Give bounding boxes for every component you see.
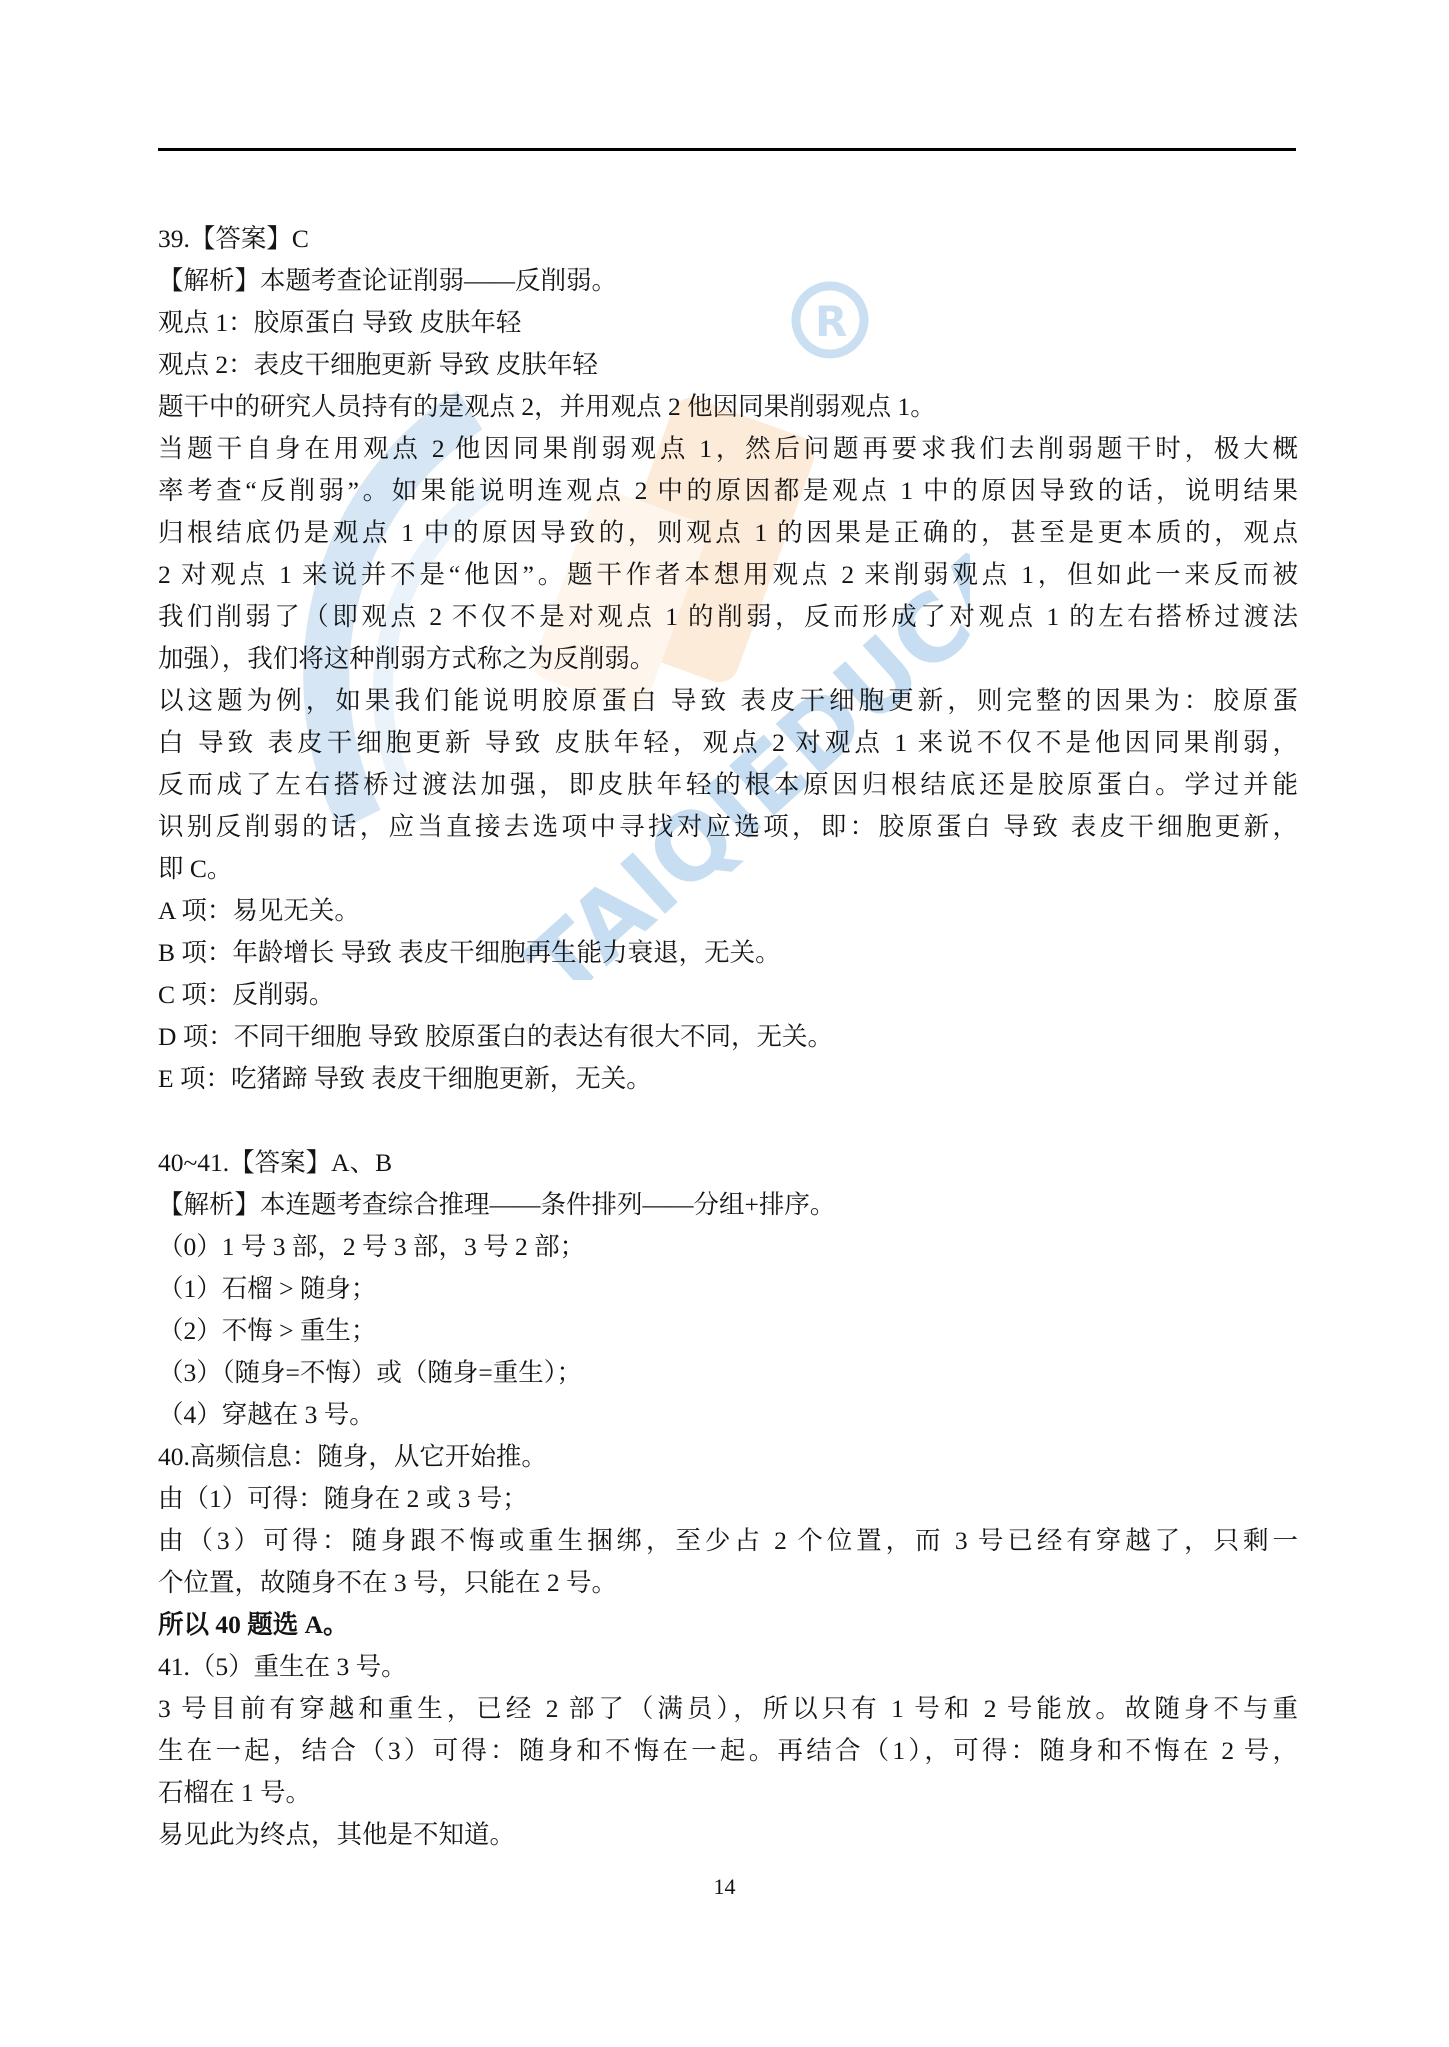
condition-3: （3）（随身=不悔）或（随身=重生）； [158,1352,1298,1394]
header-rule [158,148,1296,151]
q41-line: 41.（5）重生在 3 号。 [158,1646,1298,1688]
q39-p3-line: 识别反削弱的话，应当直接去选项中寻找对应选项，即：胶原蛋白 导致 表皮干细胞更新… [158,806,1298,848]
q40-line: 40.高频信息：随身，从它开始推。 [158,1436,1298,1478]
q39-p2-line: 2 对观点 1 来说并不是“他因”。题干作者本想用观点 2 来削弱观点 1，但如… [158,554,1298,596]
q40-line: 由（1）可得：随身在 2 或 3 号； [158,1478,1298,1520]
condition-4: （4）穿越在 3 号。 [158,1394,1298,1436]
q39-p2-line: 我们削弱了（即观点 2 不仅不是对观点 1 的削弱，反而形成了对观点 1 的左右… [158,596,1298,638]
condition-0: （0）1 号 3 部，2 号 3 部，3 号 2 部； [158,1226,1298,1268]
q40-conclusion: 所以 40 题选 A。 [158,1604,1298,1646]
q39-option-e: E 项：吃猪蹄 导致 表皮干细胞更新，无关。 [158,1058,1298,1100]
q39-p2-line: 归根结底仍是观点 1 中的原因导致的，则观点 1 的因果是正确的，甚至是更本质的… [158,512,1298,554]
q39-option-d: D 项：不同干细胞 导致 胶原蛋白的表达有很大不同，无关。 [158,1016,1298,1058]
q39-answer: 39.【答案】C [158,218,1298,260]
q39-p2-line: 当题干自身在用观点 2 他因同果削弱观点 1，然后问题再要求我们去削弱题干时，极… [158,428,1298,470]
q39-analysis-title: 【解析】本题考查论证削弱——反削弱。 [158,260,1298,302]
q40-41-analysis-title: 【解析】本连题考查综合推理——条件排列——分组+排序。 [158,1184,1298,1226]
q41-line: 易见此为终点，其他是不知道。 [158,1814,1298,1856]
q41-line: 3 号目前有穿越和重生，已经 2 部了（满员），所以只有 1 号和 2 号能放。… [158,1688,1298,1730]
condition-2: （2）不悔 > 重生； [158,1310,1298,1352]
q39-paragraph-1: 题干中的研究人员持有的是观点 2，并用观点 2 他因同果削弱观点 1。 [158,386,1298,428]
condition-1: （1）石榴 > 随身； [158,1268,1298,1310]
q40-line: 个位置，故随身不在 3 号，只能在 2 号。 [158,1562,1298,1604]
q41-line: 石榴在 1 号。 [158,1772,1298,1814]
q39-p2-line: 率考查“反削弱”。如果能说明连观点 2 中的原因都是观点 1 中的原因导致的话，… [158,470,1298,512]
document-body: 39.【答案】C 【解析】本题考查论证削弱——反削弱。 观点 1：胶原蛋白 导致… [158,218,1298,1856]
q39-p3-line: 即 C。 [158,848,1298,890]
page-number: 14 [0,1874,1449,1900]
q40-line: 由（3）可得：随身跟不悔或重生捆绑，至少占 2 个位置，而 3 号已经有穿越了，… [158,1520,1298,1562]
q39-p2-line: 加强），我们将这种削弱方式称之为反削弱。 [158,638,1298,680]
q39-p3-line: 白 导致 表皮干细胞更新 导致 皮肤年轻，观点 2 对观点 1 来说不仅不是他因… [158,722,1298,764]
q39-p3-line: 以这题为例，如果我们能说明胶原蛋白 导致 表皮干细胞更新，则完整的因果为：胶原蛋 [158,680,1298,722]
q39-option-c: C 项：反削弱。 [158,974,1298,1016]
q39-view1: 观点 1：胶原蛋白 导致 皮肤年轻 [158,302,1298,344]
q39-p3-line: 反而成了左右搭桥过渡法加强，即皮肤年轻的根本原因归根结底还是胶原蛋白。学过并能 [158,764,1298,806]
q40-41-answer: 40~41.【答案】A、B [158,1142,1298,1184]
q39-option-b: B 项：年龄增长 导致 表皮干细胞再生能力衰退，无关。 [158,932,1298,974]
q39-option-a: A 项：易见无关。 [158,890,1298,932]
q41-line: 生在一起，结合（3）可得：随身和不悔在一起。再结合（1），可得：随身和不悔在 2… [158,1730,1298,1772]
q39-view2: 观点 2：表皮干细胞更新 导致 皮肤年轻 [158,344,1298,386]
section-gap [158,1100,1298,1142]
